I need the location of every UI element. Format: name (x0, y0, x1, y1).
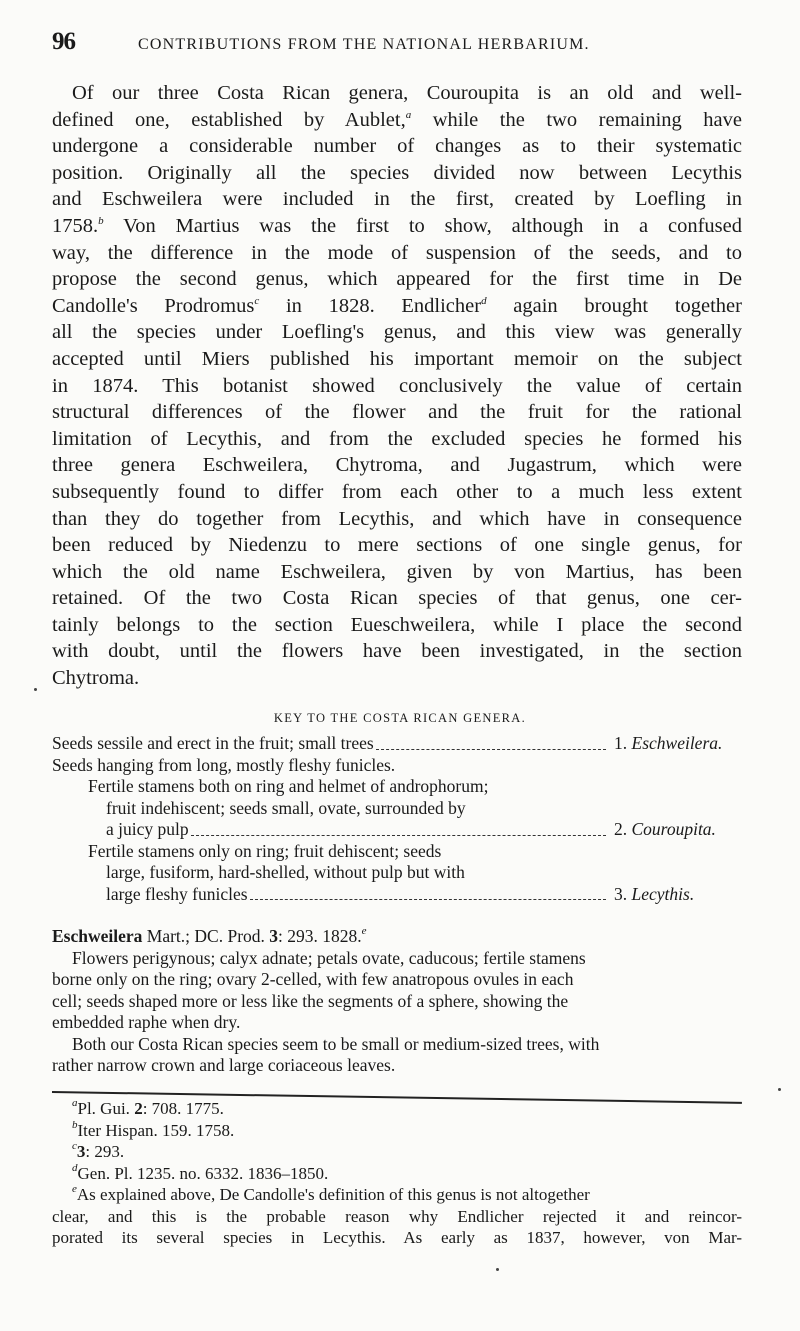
genus-entry: Eschweilera Mart.; DC. Prod. 3: 293. 182… (52, 926, 742, 1077)
text-line: position. Originally all the species div… (52, 160, 742, 187)
genera-key: Seeds sessile and erect in the fruit; sm… (52, 733, 742, 905)
dot-leader (376, 749, 606, 750)
key-row: Seeds hanging from long, mostly fleshy f… (52, 755, 742, 777)
description-line: borne only on the ring; ovary 2-celled, … (52, 969, 742, 991)
text-line: which the old name Eschweilera, given by… (52, 559, 742, 586)
description-line: cell; seeds shaped more or less like the… (52, 991, 742, 1013)
dot-leader (250, 899, 606, 900)
intro-paragraph: Of our three Costa Rican genera, Couroup… (52, 80, 742, 692)
key-row: a juicy pulp 2. Couroupita. (52, 819, 742, 841)
text-line: all the species under Loefling's genus, … (52, 319, 742, 346)
print-speck (496, 1268, 499, 1271)
text-line: retained. Of the two Costa Rican species… (52, 585, 742, 612)
text-line: Chytroma. (52, 665, 742, 692)
text-line: in 1874. This botanist showed conclusive… (52, 373, 742, 400)
text-line: accepted until Miers published his impor… (52, 346, 742, 373)
text-line: defined one, established by Aublet,a whi… (52, 107, 742, 134)
text-line: 1758.b Von Martius was the first to show… (52, 213, 742, 240)
key-result: 2. Couroupita. (614, 819, 742, 841)
text-line: with doubt, until the flowers have been … (52, 638, 742, 665)
page-number: 96 (52, 28, 75, 56)
text-line: and Eschweilera were included in the fir… (52, 186, 742, 213)
text-line: Of our three Costa Rican genera, Couroup… (52, 80, 742, 107)
text-line: structural differences of the flower and… (52, 399, 742, 426)
text-line: undergone a considerable number of chang… (52, 133, 742, 160)
text-line: way, the difference in the mode of suspe… (52, 240, 742, 267)
print-speck (34, 688, 37, 691)
key-row: Fertile stamens only on ring; fruit dehi… (52, 841, 742, 863)
key-result: 1. Eschweilera. (614, 733, 742, 755)
description-line: embedded raphe when dry. (52, 1012, 742, 1034)
text-line: been reduced by Niedenzu to mere section… (52, 532, 742, 559)
footnote-e: eAs explained above, De Candolle's defin… (52, 1184, 742, 1206)
book-page: 96 CONTRIBUTIONS FROM THE NATIONAL HERBA… (0, 0, 800, 1331)
footnote-a: aPl. Gui. 2: 708. 1775. (52, 1098, 742, 1120)
text-line: three genera Eschweilera, Chytroma, and … (52, 452, 742, 479)
footnote-d: dGen. Pl. 1235. no. 6332. 1836–1850. (52, 1163, 742, 1185)
page-header: 96 CONTRIBUTIONS FROM THE NATIONAL HERBA… (52, 28, 752, 58)
footnote-e-continuation: clear, and this is the probable reason w… (52, 1206, 742, 1228)
key-row: large fleshy funicles 3. Lecythis. (52, 884, 742, 906)
key-row: Fertile stamens both on ring and helmet … (52, 776, 742, 798)
footnote-e-continuation: porated its several species in Lecythis.… (52, 1227, 742, 1249)
text-line: limitation of Lecythis, and from the exc… (52, 426, 742, 453)
footnote-c: c3: 293. (52, 1141, 742, 1163)
text-line: Candolle's Prodromusc in 1828. Endlicher… (52, 293, 742, 320)
text-line: subsequently found to differ from each o… (52, 479, 742, 506)
text-line: propose the second genus, which appeared… (52, 266, 742, 293)
dot-leader (191, 835, 606, 836)
habit-line: rather narrow crown and large coriaceous… (52, 1055, 742, 1077)
print-speck (778, 1088, 781, 1091)
footnotes: aPl. Gui. 2: 708. 1775. bIter Hispan. 15… (52, 1098, 742, 1249)
key-row: fruit indehiscent; seeds small, ovate, s… (52, 798, 742, 820)
key-title: KEY TO THE COSTA RICAN GENERA. (0, 711, 800, 726)
key-row: Seeds sessile and erect in the fruit; sm… (52, 733, 742, 755)
text-line: than they do together from Lecythis, and… (52, 506, 742, 533)
description-line: Flowers perigynous; calyx adnate; petals… (52, 948, 742, 970)
footnote-b: bIter Hispan. 159. 1758. (52, 1120, 742, 1142)
genus-heading: Eschweilera Mart.; DC. Prod. 3: 293. 182… (52, 926, 742, 948)
key-row: large, fusiform, hard-shelled, without p… (52, 862, 742, 884)
running-head: CONTRIBUTIONS FROM THE NATIONAL HERBARIU… (138, 36, 590, 54)
text-line: tainly belongs to the section Eueschweil… (52, 612, 742, 639)
key-result: 3. Lecythis. (614, 884, 742, 906)
footnote-ref-e[interactable]: e (362, 925, 367, 937)
habit-line: Both our Costa Rican species seem to be … (52, 1034, 742, 1056)
